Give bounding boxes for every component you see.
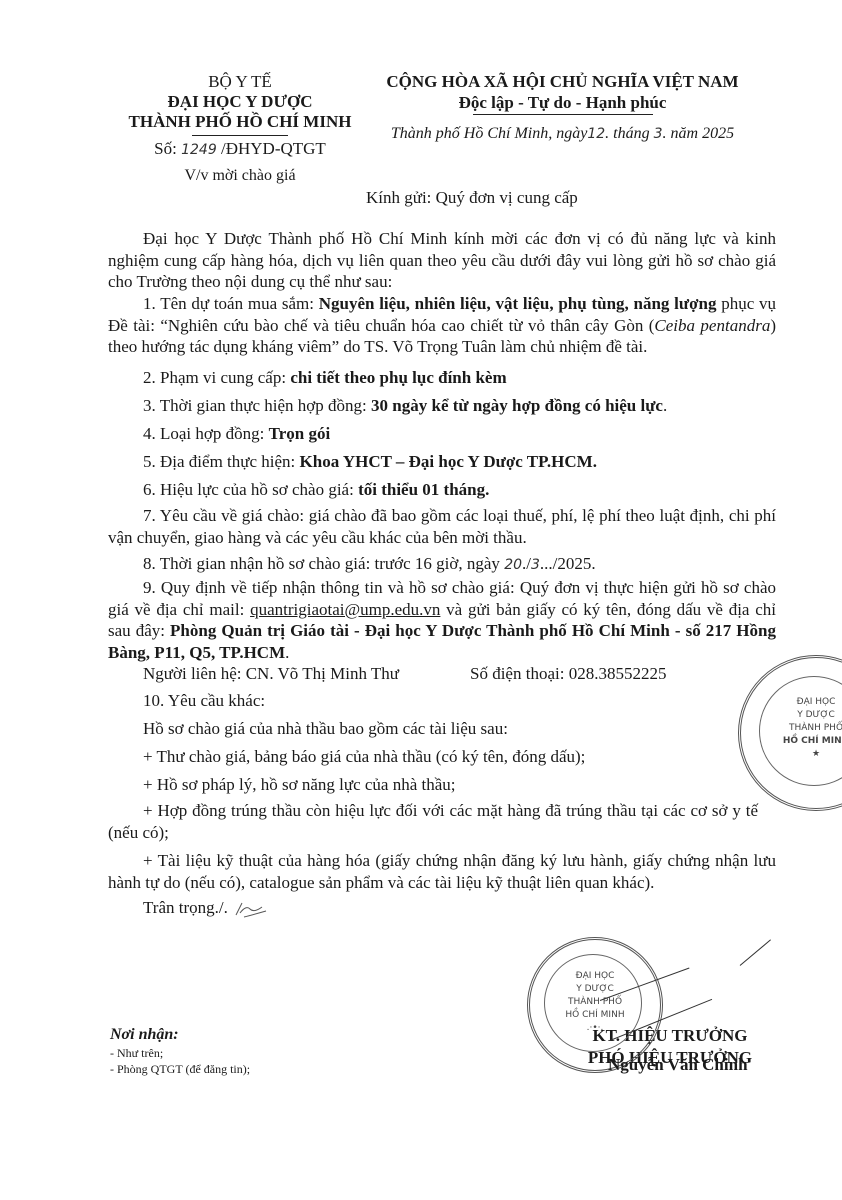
national-header: CỘNG HÒA XÃ HỘI CHỦ NGHĨA VIỆT NAM Độc l… bbox=[365, 72, 760, 145]
item-4-label: 4. Loại hợp đồng: bbox=[143, 424, 269, 443]
initials-stroke bbox=[740, 939, 771, 965]
item-6: 6. Hiệu lực của hồ sơ chào giá: tối thiể… bbox=[143, 479, 489, 501]
seal-text: THÀNH PHỐ bbox=[545, 996, 645, 1009]
item-2-value: chi tiết theo phụ lục đính kèm bbox=[290, 368, 506, 387]
issue-date: Thành phố Hồ Chí Minh, ngày12. tháng 3. … bbox=[365, 123, 760, 145]
recipient-item: - Như trên; bbox=[110, 1045, 250, 1061]
seal-text: Y DƯỢC bbox=[771, 709, 842, 722]
item-10-intro: Hồ sơ chào giá của nhà thầu bao gồm các … bbox=[143, 718, 508, 740]
date-separator: ./ bbox=[522, 554, 531, 573]
recipients-title: Nơi nhận: bbox=[110, 1025, 250, 1045]
motto-divider bbox=[473, 114, 653, 115]
doc-number-label: Số: bbox=[154, 139, 177, 158]
official-seal-margin: ĐẠI HỌC Y DƯỢC THÀNH PHỐ HỒ CHÍ MINH ★ bbox=[738, 655, 842, 811]
seal-text: ĐẠI HỌC bbox=[771, 696, 842, 709]
item-3-suffix: . bbox=[663, 396, 667, 415]
item-9-end: . bbox=[285, 643, 289, 662]
seal-text: HỒ CHÍ MINH bbox=[545, 1009, 645, 1022]
signer-name: Nguyễn Văn Chinh bbox=[608, 1055, 748, 1075]
contact-phone: Số điện thoại: 028.38552225 bbox=[470, 663, 666, 685]
header-divider bbox=[192, 135, 288, 136]
requirement-bullet: + Thư chào giá, bảng báo giá của nhà thầ… bbox=[143, 746, 585, 768]
item-3-value: 30 ngày kể từ ngày hợp đồng có hiệu lực bbox=[371, 396, 663, 415]
doc-number-handwritten: 1249 bbox=[181, 142, 217, 158]
nation-title: CỘNG HÒA XÃ HỘI CHỦ NGHĨA VIỆT NAM bbox=[365, 72, 760, 92]
ministry-name: BỘ Y TẾ bbox=[110, 72, 370, 92]
issuer-header: BỘ Y TẾ ĐẠI HỌC Y DƯỢC THÀNH PHỐ HỒ CHÍ … bbox=[110, 72, 370, 187]
item-2-label: 2. Phạm vi cung cấp: bbox=[143, 368, 290, 387]
university-name-line1: ĐẠI HỌC Y DƯỢC bbox=[110, 92, 370, 112]
item-4-value: Trọn gói bbox=[269, 424, 331, 443]
date-month-handwritten: 3 bbox=[654, 126, 663, 142]
intro-paragraph: Đại học Y Dược Thành phố Hồ Chí Minh kín… bbox=[108, 228, 776, 293]
closing: Trân trọng./. bbox=[143, 897, 268, 919]
item-1-label: 1. Tên dự toán mua sắm: bbox=[143, 294, 319, 313]
date-year-label: . năm 2025 bbox=[663, 125, 735, 142]
seal-text: THÀNH PHỐ bbox=[771, 722, 842, 735]
deadline-day-handwritten: 20 bbox=[504, 557, 522, 573]
recipients-block: Nơi nhận: - Như trên; - Phòng QTGT (để đ… bbox=[110, 1025, 250, 1077]
item-1-value: Nguyên liệu, nhiên liệu, vật liệu, phụ t… bbox=[319, 294, 717, 313]
seal-text: ĐẠI HỌC bbox=[545, 970, 645, 983]
delivery-address: Phòng Quản trị Giáo tài - Đại học Y Dược… bbox=[108, 621, 776, 662]
date-day-handwritten: 12 bbox=[587, 126, 605, 142]
email-link[interactable]: quantrigiaotai@ump.edu.vn bbox=[250, 600, 440, 619]
item-3: 3. Thời gian thực hiện hợp đồng: 30 ngày… bbox=[143, 395, 667, 417]
item-10-label: 10. Yêu cầu khác: bbox=[143, 690, 265, 712]
contact-person: Người liên hệ: CN. Võ Thị Minh Thư bbox=[143, 663, 399, 685]
recipient-line: Kính gửi: Quý đơn vị cung cấp bbox=[366, 188, 578, 208]
official-seal: ĐẠI HỌC Y DƯỢC THÀNH PHỐ HỒ CHÍ MINH .·•… bbox=[527, 937, 663, 1073]
requirement-bullet: + Hợp đồng trúng thầu còn hiệu lực đối v… bbox=[108, 800, 758, 843]
closing-text: Trân trọng./. bbox=[143, 898, 228, 917]
requirement-bullet: + Hồ sơ pháp lý, hồ sơ năng lực của nhà … bbox=[143, 774, 456, 796]
item-6-label: 6. Hiệu lực của hồ sơ chào giá: bbox=[143, 480, 358, 499]
item-3-label: 3. Thời gian thực hiện hợp đồng: bbox=[143, 396, 371, 415]
doc-number-suffix: /ĐHYD-QTGT bbox=[221, 139, 326, 158]
item-2: 2. Phạm vi cung cấp: chi tiết theo phụ l… bbox=[143, 367, 507, 389]
deadline-month-handwritten: 3 bbox=[531, 557, 540, 573]
seal-text: HỒ CHÍ MINH bbox=[771, 735, 842, 748]
document-number: Số: 1249 /ĐHYD-QTGT bbox=[110, 138, 370, 161]
date-prefix: Thành phố Hồ Chí Minh, ngày bbox=[391, 125, 587, 142]
item-8-label: 8. Thời gian nhận hồ sơ chào giá: trước … bbox=[143, 554, 504, 573]
item-7: 7. Yêu cầu về giá chào: giá chào đã bao … bbox=[108, 505, 776, 548]
requirement-bullet: + Tài liệu kỹ thuật của hàng hóa (giấy c… bbox=[108, 850, 776, 893]
initials-signature-icon bbox=[232, 899, 268, 919]
item-4: 4. Loại hợp đồng: Trọn gói bbox=[143, 423, 330, 445]
deadline-year: .../2025. bbox=[540, 554, 596, 573]
document-subject: V/v mời chào giá bbox=[110, 165, 370, 187]
item-5-label: 5. Địa điểm thực hiện: bbox=[143, 452, 300, 471]
item-5: 5. Địa điểm thực hiện: Khoa YHCT – Đại h… bbox=[143, 451, 597, 473]
item-1: 1. Tên dự toán mua sắm: Nguyên liệu, nhi… bbox=[108, 293, 776, 358]
item-1-species: Ceiba pentandra bbox=[654, 316, 770, 335]
national-motto: Độc lập - Tự do - Hạnh phúc bbox=[365, 92, 760, 114]
university-name-line2: THÀNH PHỐ HỒ CHÍ MINH bbox=[110, 112, 370, 132]
item-6-value: tối thiểu 01 tháng. bbox=[358, 480, 489, 499]
item-8: 8. Thời gian nhận hồ sơ chào giá: trước … bbox=[143, 553, 596, 576]
item-5-value: Khoa YHCT – Đại học Y Dược TP.HCM. bbox=[300, 452, 597, 471]
item-9: 9. Quy định về tiếp nhận thông tin và hồ… bbox=[108, 577, 776, 663]
date-month-label: . tháng bbox=[605, 125, 649, 142]
recipient-item: - Phòng QTGT (để đăng tin); bbox=[110, 1061, 250, 1077]
